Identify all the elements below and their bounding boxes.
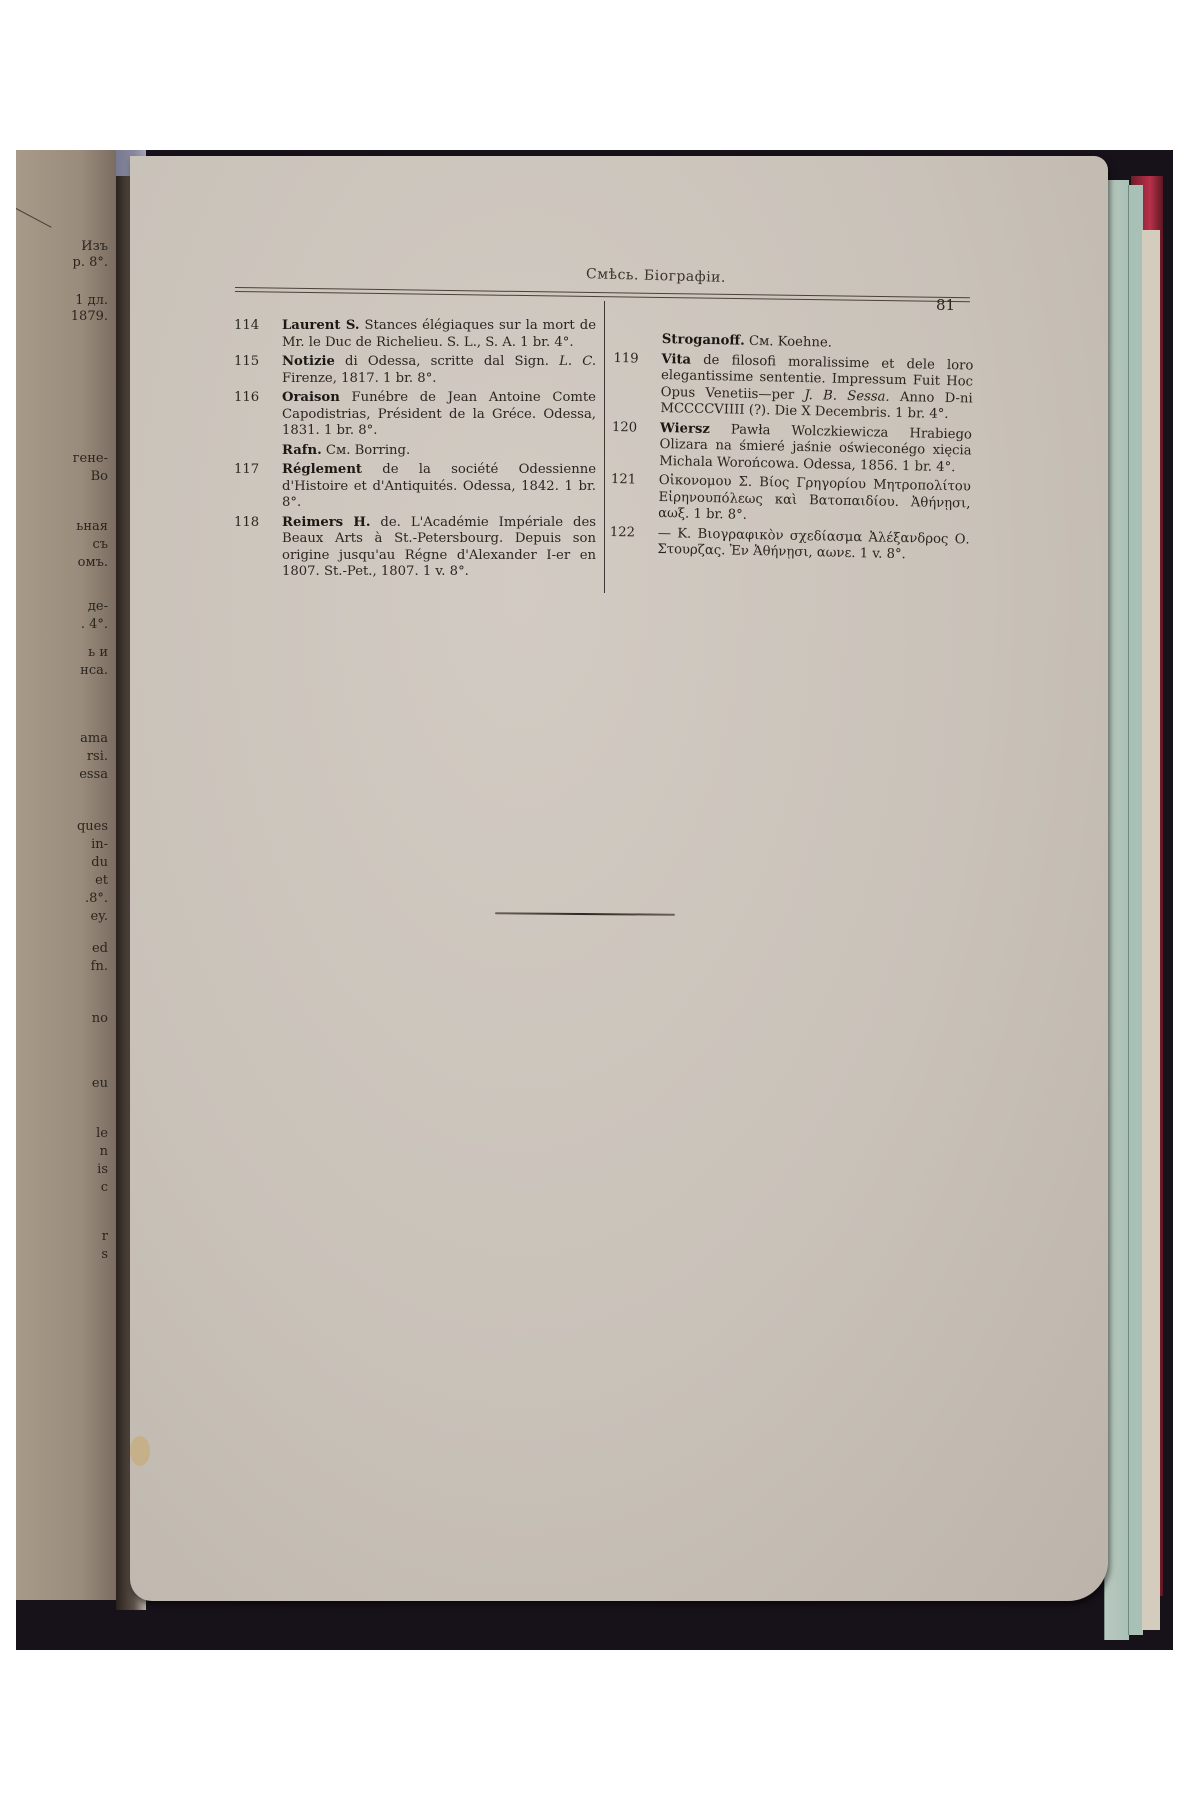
adjacent-page-fragment: r [102,1228,108,1245]
adjacent-page-fragment: et [95,872,108,889]
catalog-entry: 121 Οἰκονομου Σ. Βίος Γρηγορίου Μητροπολ… [610,472,971,529]
entry-heading: Notizie [282,354,335,369]
entry-heading: Rafn. [282,443,322,458]
adjacent-page-fragment: s [101,1246,108,1263]
entry-text: — Κ. Βιογραφικὸν σχεδίασμα Ἀλέξανδρος Ο.… [657,525,970,562]
adjacent-page-fragment: ьная [76,518,108,535]
cross-reference: Rafn. См. Borring. [234,443,596,460]
entry-number: 122 [610,524,636,541]
entry-heading: Wiersz [660,420,710,436]
adjacent-page-fragment: Во [91,468,108,485]
adjacent-page-fragment: rsi. [87,748,108,765]
entry-heading: Vita [661,352,691,368]
right-column: Stroganoff. См. Koehne. 119 Vita de filo… [609,331,974,568]
adjacent-page-fragment: съ [92,536,108,553]
entry-text: См. Borring. [322,443,411,458]
entry-text: di Odessa, scritte dal Sign. [335,354,559,369]
running-head: Смѣсь. Біографіи. [586,266,726,286]
catalog-entry: 116 Oraison Funébre de Jean Antoine Comt… [234,390,596,440]
entry-number: 121 [611,472,637,489]
entry-heading: Oraison [282,390,340,405]
adjacent-page-fragment: гене- [73,450,108,467]
adjacent-page-fragment: ey. [91,908,108,925]
left-page-rule [16,208,52,228]
adjacent-page-fragment: du [91,854,108,871]
page-number: 81 [936,296,955,314]
catalog-entry: 118 Reimers H. de. L'Académie Impériale … [234,515,596,581]
adjacent-page-fragment: eu [92,1075,108,1092]
entry-number: 117 [234,462,259,479]
column-divider [604,301,605,593]
entry-italic: L. C. [559,354,596,369]
adjacent-page-fragment: 1879. [71,308,108,325]
entry-heading: Stroganoff. [662,332,745,349]
adjacent-page-fragment: де- [88,598,108,615]
entry-heading: Réglement [282,462,362,477]
catalog-entry: 120 Wiersz Pawła Wolczkiewicza Hrabiego … [611,419,972,476]
catalog-entry: 117 Réglement de la société Odessienne d… [234,462,596,512]
adjacent-page-fragment: no [92,1010,108,1027]
adjacent-page-fragment: Изъ [81,238,108,255]
adjacent-page-fragment: is [97,1161,108,1178]
entry-text: Οἰκονομου Σ. Βίος Γρηγορίου Μητροπολίτου… [658,473,971,523]
entry-number: 116 [234,390,259,407]
section-end-rule [495,912,675,916]
entry-number: 120 [612,419,638,436]
left-column: 114 Laurent S. Stances élégiaques sur la… [234,318,596,584]
catalog-entry: 114 Laurent S. Stances élégiaques sur la… [234,318,596,351]
adjacent-page-fragment: c [101,1179,108,1196]
adjacent-page-fragment: .8°. [85,890,108,907]
adjacent-page-fragment: le [96,1125,108,1142]
header-rule [235,287,970,302]
adjacent-page-fragment: ques [77,818,108,835]
entry-number: 118 [234,515,259,532]
catalog-entry: 122 — Κ. Βιογραφικὸν σχεδίασμα Ἀλέξανδρο… [609,524,970,565]
adjacent-page-fragment: . 4°. [81,616,108,633]
book-photo: Изър. 8°.1 дл.1879.гене-Воьнаясъомъ.де-.… [16,150,1173,1650]
adjacent-page-fragment: ama [80,730,108,747]
adjacent-page-fragment: in- [91,836,108,853]
entry-heading: Reimers H. [282,515,370,530]
entry-number: 119 [613,350,639,367]
adjacent-page-fragment: fn. [91,958,108,975]
catalog-entry: 119 Vita de filosofi moralissime et dele… [612,350,973,424]
adjacent-page-fragment: р. 8°. [73,254,109,271]
book-page: Смѣсь. Біографіи. 81 114 Laurent S. Stan… [130,156,1108,1601]
page-stain [130,1436,150,1466]
adjacent-page-fragment: омъ. [78,554,108,571]
entry-text: Firenze, 1817. 1 br. 8°. [282,371,437,386]
page-edge-green-inner [1128,185,1143,1635]
catalog-entry: 115 Notizie di Odessa, scritte dal Sign.… [234,354,596,387]
entry-heading: Laurent S. [282,318,359,333]
adjacent-page-fragment: essa [79,766,108,783]
entry-text: См. Koehne. [745,334,832,351]
entry-number: 114 [234,318,259,335]
page-edge-cream [1142,230,1160,1630]
entry-italic: J. B. Sessa. [804,388,890,405]
adjacent-page-fragment: n [100,1143,108,1160]
adjacent-page-fragment: 1 дл. [75,292,108,309]
adjacent-page-fragment: ь и [88,644,108,661]
adjacent-page-fragment: нса. [80,662,108,679]
entry-number: 115 [234,354,259,371]
adjacent-page-fragment: ed [92,940,108,957]
